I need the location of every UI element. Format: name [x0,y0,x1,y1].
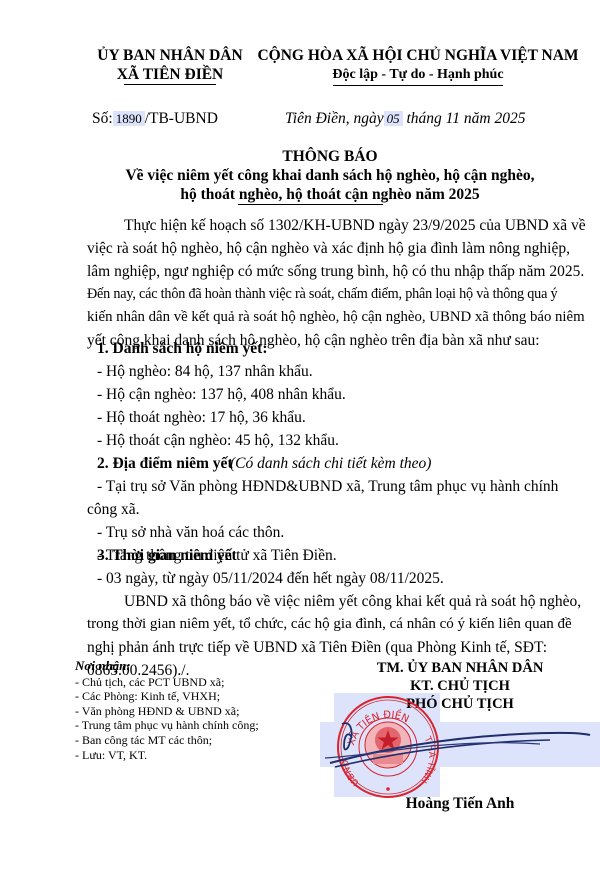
intro-paragraph: Thực hiện kế hoạch số 1302/KH-UBND ngày … [87,214,547,352]
so-label: Số: [92,110,113,127]
list-item: - Hộ thoát cận nghèo: 45 hộ, 132 khẩu. [87,429,547,452]
recipient-item: - Trung tâm phục vụ hành chính công; [75,718,259,733]
signature-line2: KT. CHỦ TỊCH [360,677,560,695]
intro-line: kiến nhân dân về kết quả rà soát hộ nghè… [87,306,547,329]
intro-line: Đến nay, các thôn đã hoàn thành việc rà … [87,283,547,306]
list-item: - Hộ thoát nghèo: 17 hộ, 36 khẩu. [87,406,547,429]
org-commune: XÃ TIÊN ĐIỀN [90,66,250,84]
list-item: - Tại trụ sở Văn phòng HĐND&UBND xã, Tru… [87,475,547,498]
list-item-cont: công xã. [87,498,547,521]
section3-heading: 3. Thời gian niêm yết [87,544,547,567]
motto-underline [333,85,503,86]
so-suffix: /TB-UBND [145,110,218,127]
section1-heading: 1. Danh sách hộ niêm yết: [87,337,547,360]
recipients-heading: Nơi nhận: [75,659,259,674]
section2-heading: 2. Địa điểm niêm yết [87,452,547,475]
handwritten-signature-icon [320,720,600,770]
intro-line: lâm nghiệp, ngư nghiệp có mức sống trung… [87,260,547,283]
title-underline [238,204,383,205]
recipient-item: - Lưu: VT, KT. [75,748,259,763]
document-date: Tiên Điền, ngày05 tháng 11 năm 2025 [285,110,525,128]
document-title: THÔNG BÁO [80,148,580,166]
recipient-item: - Các Phòng: Kinh tế, VHXH; [75,689,259,704]
intro-line: việc rà soát hộ nghèo, hộ cận nghèo và x… [87,237,547,260]
recipient-item: - Văn phòng HĐND & UBND xã; [75,704,259,719]
section-posting-time: 3. Thời gian niêm yết - 03 ngày, từ ngày… [87,544,547,590]
date-day: 05 [384,111,403,126]
date-suffix: tháng 11 năm 2025 [403,110,526,127]
nation-title: CỘNG HÒA XÃ HỘI CHỦ NGHĨA VIỆT NAM [253,47,583,65]
recipient-item: - Chủ tịch, các PCT UBND xã; [75,675,259,690]
recipient-item: - Ban công tác MT các thôn; [75,733,259,748]
signer-name: Hoàng Tiến Anh [360,795,560,813]
closing-line: UBND xã thông báo về việc niêm yết công … [87,590,547,613]
document-number: Số:1890/TB-UBND [92,110,218,128]
document-subtitle-line2: hộ thoát nghèo, hộ thoát cận nghèo năm 2… [80,186,580,204]
document-subtitle-line1: Về việc niêm yết công khai danh sách hộ … [80,167,580,185]
list-item: - Hộ nghèo: 84 hộ, 137 nhân khẩu. [87,360,547,383]
closing-line: trong thời gian niêm yết, tổ chức, các h… [87,613,547,636]
so-number: 1890 [113,111,145,126]
closing-line: nghị phản ánh trực tiếp về UBND xã Tiên … [87,636,547,659]
nation-motto: Độc lập - Tự do - Hạnh phúc [253,67,583,83]
list-item: - 03 ngày, từ ngày 05/11/2024 đến hết ng… [87,567,547,590]
org-name: ỦY BAN NHÂN DÂN [90,47,250,65]
list-item: - Trụ sở nhà văn hoá các thôn. [87,521,547,544]
date-prefix: Tiên Điền, ngày [285,110,384,127]
recipients-block: Nơi nhận: - Chủ tịch, các PCT UBND xã; -… [75,659,259,762]
list-item: - Hộ cận nghèo: 137 hộ, 408 nhân khẩu. [87,383,547,406]
signature-line1: TM. ỦY BAN NHÂN DÂN [360,659,560,677]
intro-line: Thực hiện kế hoạch số 1302/KH-UBND ngày … [87,214,547,237]
org-underline [124,84,216,85]
